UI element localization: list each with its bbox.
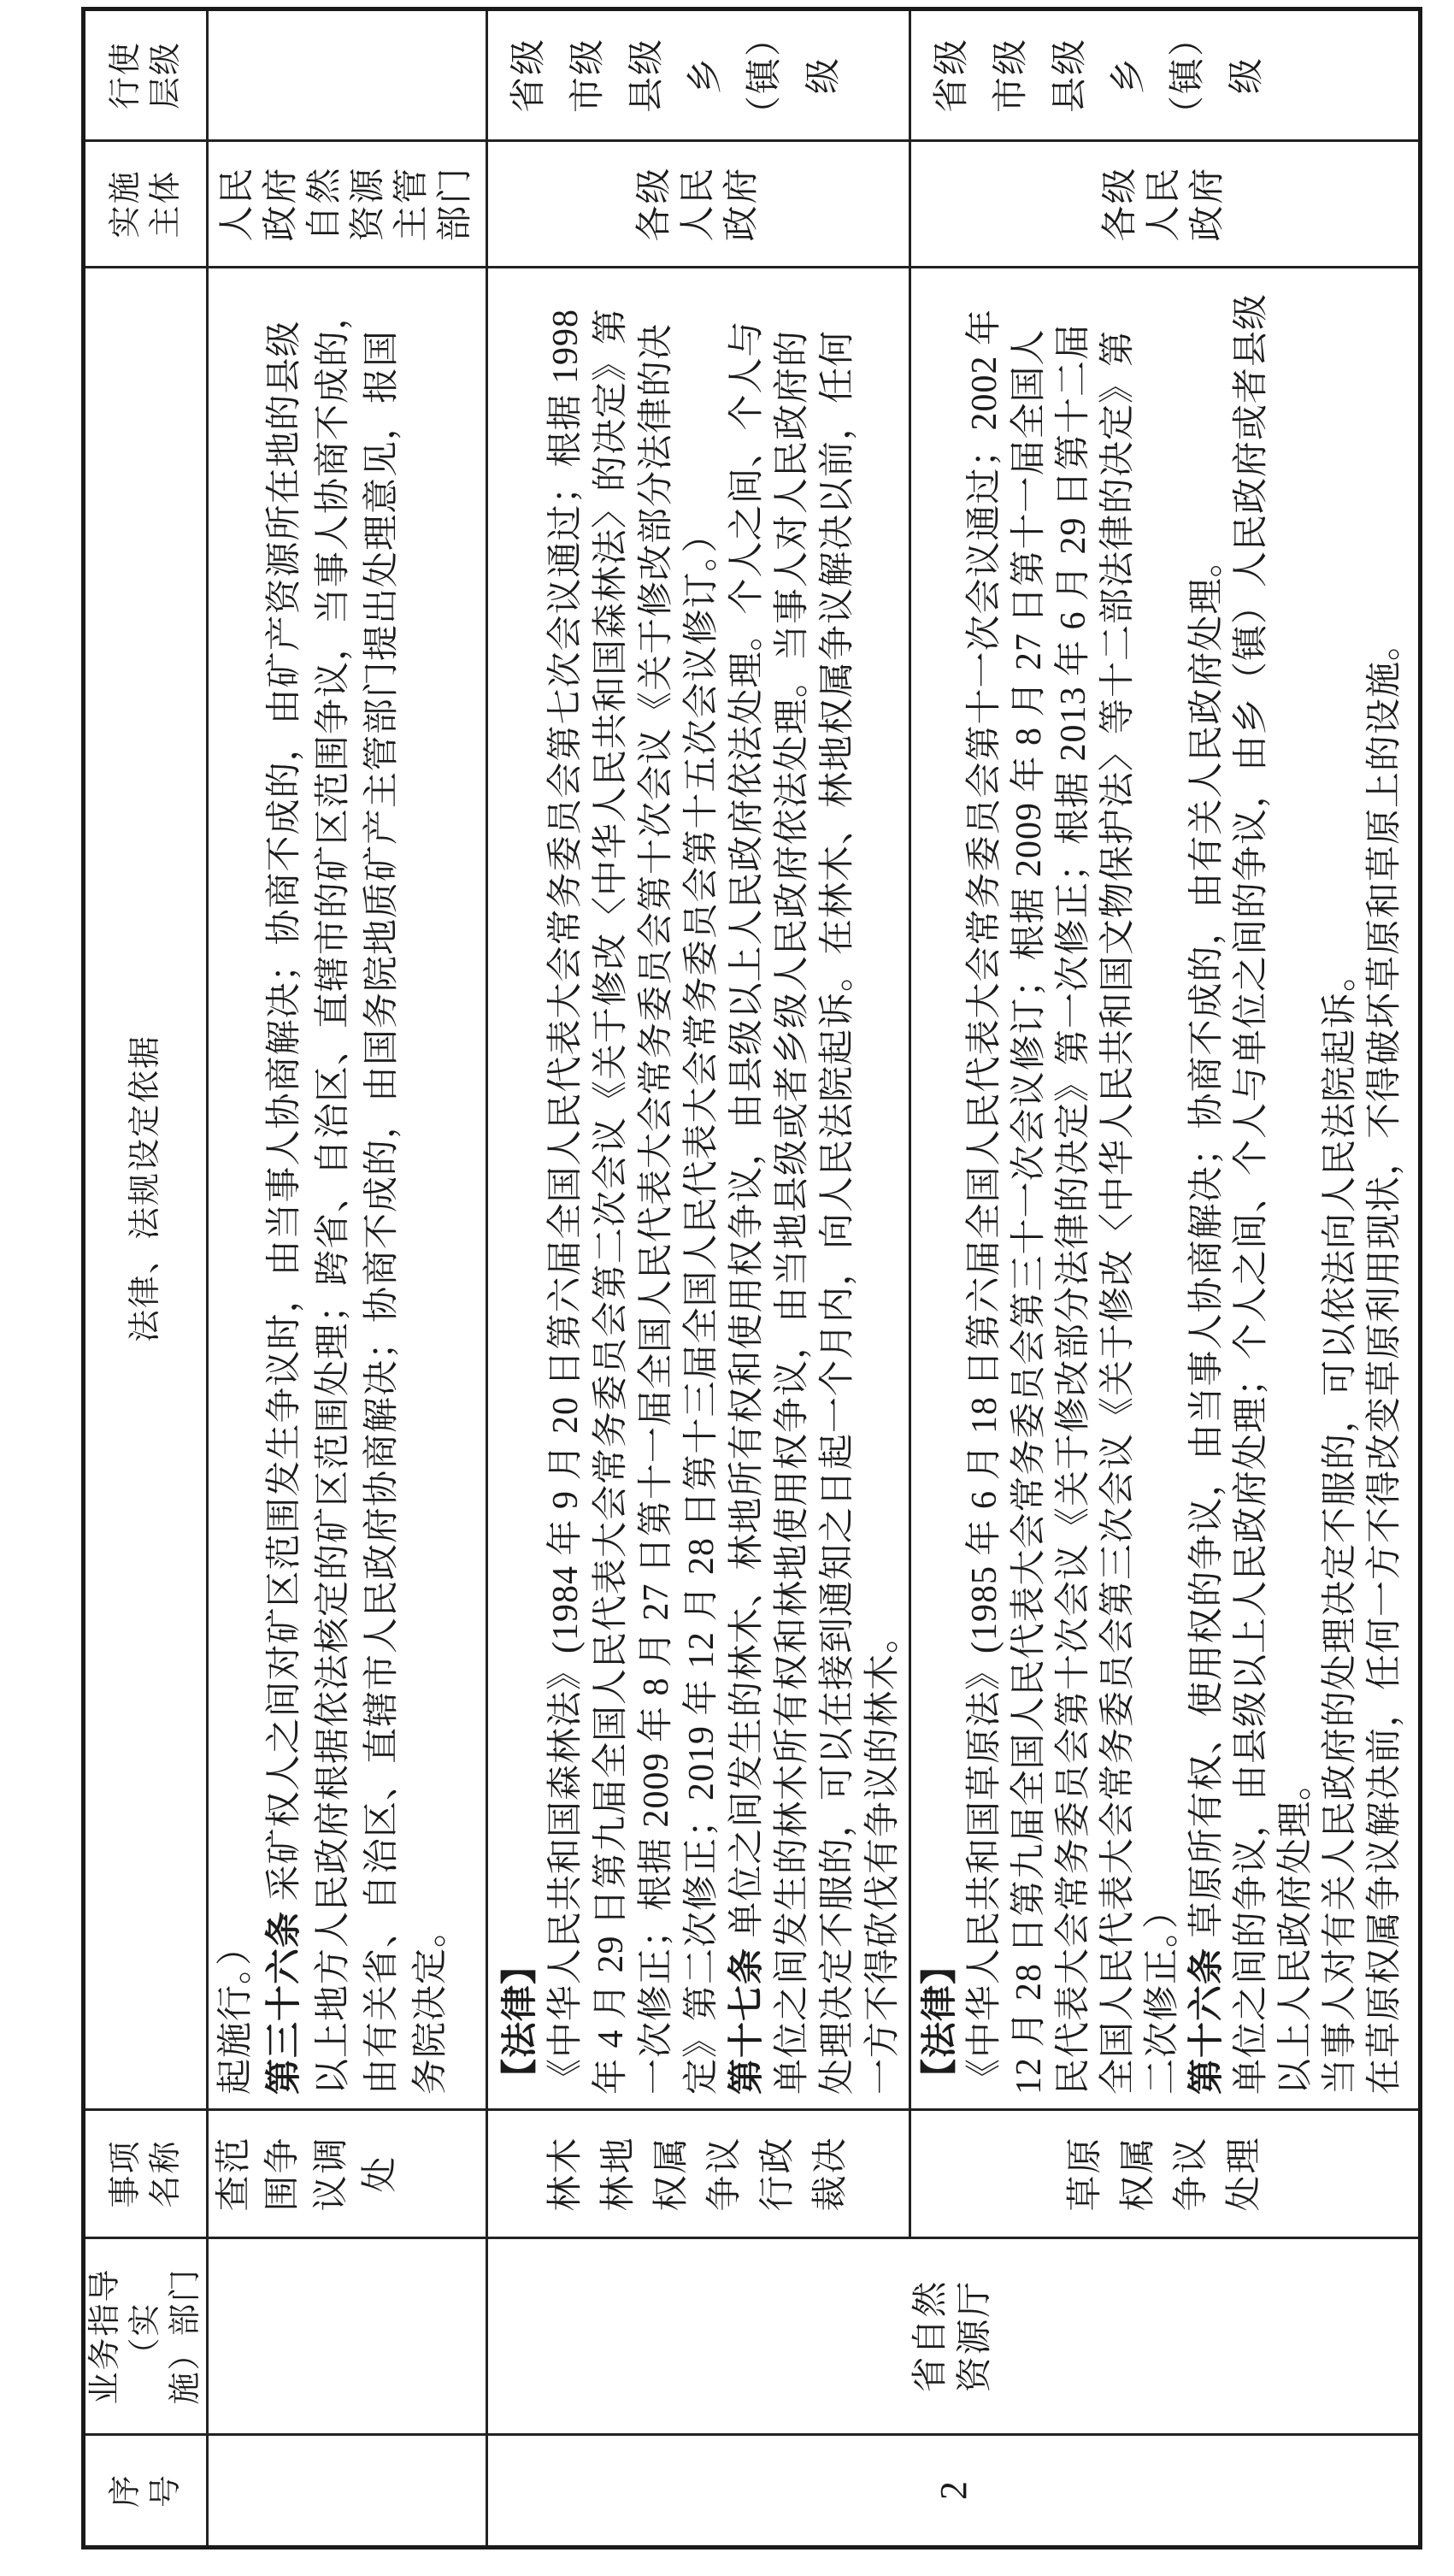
cell-b-law-basis: 【法律】《中华人民共和国森林法》(1984 年 9 月 20 日第六届全国人民代… <box>487 268 910 2110</box>
cell-c-item-name: 草原 权属 争议 处理 <box>910 2110 1421 2238</box>
row-grassland-dispute: 草原 权属 争议 处理 【法律】《中华人民共和国草原法》(1985 年 6 月 … <box>910 9 1421 2548</box>
header-cell-item-name: 事项 名称 <box>84 2110 208 2238</box>
cell-c-subject: 各级 人民 政府 <box>910 141 1421 268</box>
cell-b-item-name: 林木 林地 权属 争议 行政 裁决 <box>487 2110 910 2238</box>
cell-a-dept <box>208 2238 487 2435</box>
header-cell-level: 行使 层级 <box>84 9 208 141</box>
cell-a-item-name: 查范 围争 议调 处 <box>208 2110 487 2238</box>
row-forest-land-dispute: 2 省自然 资源厅 林木 林地 权属 争议 行政 裁决 【法律】《中华人民共和国… <box>487 9 910 2548</box>
cell-bc-seq: 2 <box>487 2435 1421 2548</box>
header-cell-law-basis: 法律、法规设定依据 <box>84 268 208 2110</box>
cell-c-level: 省级 市级 县级 乡 （镇） 级 <box>910 9 1421 141</box>
cell-bc-dept: 省自然 资源厅 <box>487 2238 1421 2435</box>
table-header-row: 序 号 业务指导（实 施）部门 事项 名称 法律、法规设定依据 实施 主体 行使… <box>84 9 208 2548</box>
cell-b-subject: 各级 人民 政府 <box>487 141 910 268</box>
header-cell-subject: 实施 主体 <box>84 141 208 268</box>
cell-a-law-basis: 起施行。）第三十六条 采矿权人之间对矿区范围发生争议时，由当事人协商解决；协商不… <box>208 268 487 2110</box>
row-item-continued: 查范 围争 议调 处 起施行。）第三十六条 采矿权人之间对矿区范围发生争议时，由… <box>208 9 487 2548</box>
scanned-document-page: 序 号 业务指导（实 施）部门 事项 名称 法律、法规设定依据 实施 主体 行使… <box>0 0 1454 2576</box>
cell-a-seq <box>208 2435 487 2548</box>
cell-a-level <box>208 9 487 141</box>
header-cell-guidance-dept: 业务指导（实 施）部门 <box>84 2238 208 2435</box>
header-cell-seq: 序 号 <box>84 2435 208 2548</box>
cell-c-law-basis: 【法律】《中华人民共和国草原法》(1985 年 6 月 18 日第六届全国人民代… <box>910 268 1421 2110</box>
cell-b-level: 省级 市级 县级 乡 （镇） 级 <box>487 9 910 141</box>
cell-a-subject: 人民 政府 自然 资源 主管 部门 <box>208 141 487 268</box>
duty-list-table: 序 号 业务指导（实 施）部门 事项 名称 法律、法规设定依据 实施 主体 行使… <box>81 7 1422 2549</box>
rotated-table-canvas: 序 号 业务指导（实 施）部门 事项 名称 法律、法规设定依据 实施 主体 行使… <box>0 0 1454 2576</box>
